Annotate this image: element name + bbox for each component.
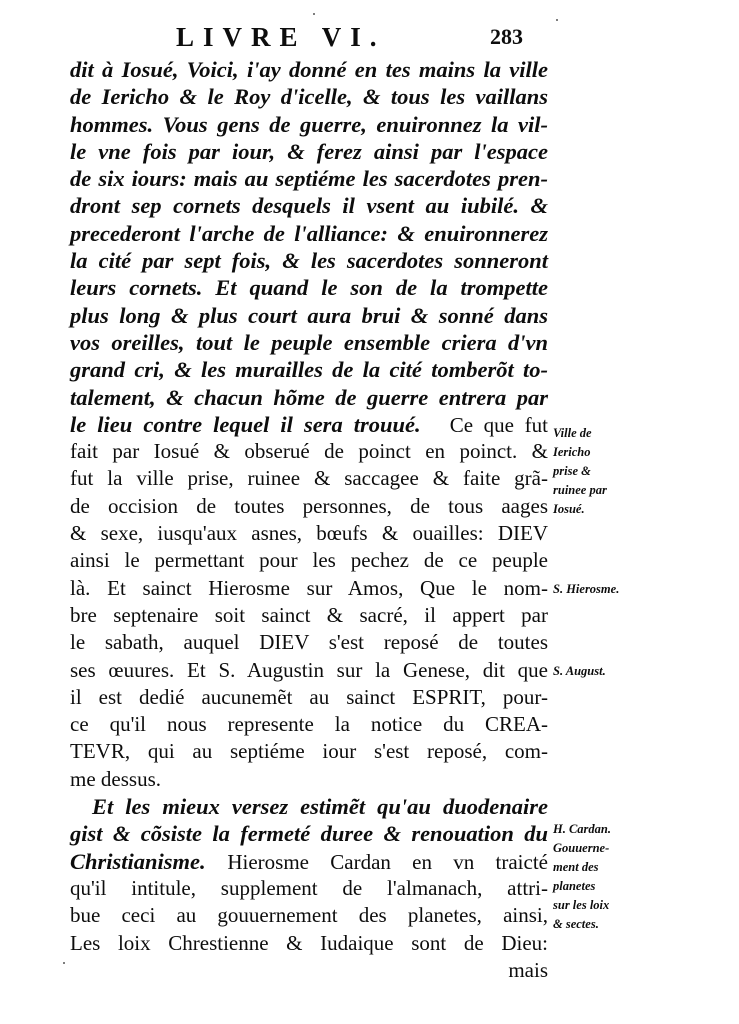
margin-note-line: Iericho: [553, 443, 643, 462]
margin-note-line: ruinee par: [553, 481, 643, 500]
text-line: grand cri, & les murailles de la cité to…: [70, 356, 548, 383]
text-line: me dessus.: [70, 766, 548, 793]
text-line: plus long & plus court aura brui & sonné…: [70, 302, 548, 329]
margin-note-cardan: H. Cardan. Gouuerne- ment des planetes s…: [553, 820, 643, 934]
margin-note-line: sur les loix: [553, 896, 643, 915]
margin-note-line: H. Cardan.: [553, 820, 643, 839]
margin-note-line: prise &: [553, 462, 643, 481]
paragraph-start-line: Et les mieux versez estimẽt qu'au duoden…: [70, 793, 548, 820]
text-line: fut la ville prise, ruinee & saccagee & …: [70, 465, 548, 492]
text-line: de Iericho & le Roy d'icelle, & tous les…: [70, 83, 548, 110]
running-title: LIVRE VI.: [176, 22, 386, 53]
text-line: leurs cornets. Et quand le son de la tro…: [70, 274, 548, 301]
main-text-block: dit à Iosué, Voici, i'ay donné en tes ma…: [70, 56, 548, 984]
margin-note-hierosme: S. Hierosme.: [553, 580, 643, 599]
text-line-mixed: le lieu contre lequel il sera trouué. Ce…: [70, 411, 548, 438]
roman-segment: Hierosme Cardan en vn traicté: [227, 850, 548, 874]
text-line: precederont l'arche de l'alliance: & enu…: [70, 220, 548, 247]
text-line: vos oreilles, tout le peuple ensemble cr…: [70, 329, 548, 356]
margin-note-line: S. August.: [553, 662, 643, 681]
scan-speck: [556, 19, 558, 21]
text-line: fait par Iosué & obserué de poinct en po…: [70, 438, 548, 465]
text-line: ce qu'il nous represente la notice du CR…: [70, 711, 548, 738]
text-line: dit à Iosué, Voici, i'ay donné en tes ma…: [70, 56, 548, 83]
margin-note-line: S. Hierosme.: [553, 580, 643, 599]
text-line: ses œuures. Et S. Augustin sur la Genese…: [70, 657, 548, 684]
text-line: talement, & chacun hõme de guerre entrer…: [70, 384, 548, 411]
scan-speck: [313, 13, 315, 15]
text-line: là. Et sainct Hierosme sur Amos, Que le …: [70, 575, 548, 602]
margin-note-line: planetes: [553, 877, 643, 896]
roman-segment: Ce que fut: [432, 413, 548, 437]
page-number: 283: [490, 24, 523, 50]
text-line: bue ceci au gouuernement des planetes, a…: [70, 902, 548, 929]
text-line: de occision de toutes personnes, de tous…: [70, 493, 548, 520]
text-line: le vne fois par iour, & ferez ainsi par …: [70, 138, 548, 165]
text-line: gist & cõsiste la fermeté duree & renoua…: [70, 820, 548, 847]
margin-note-augustin: S. August.: [553, 662, 643, 681]
scan-speck: [63, 962, 65, 964]
text-line-mixed: Christianisme. Hierosme Cardan en vn tra…: [70, 848, 548, 875]
text-line: le sabath, auquel DIEV s'est reposé de t…: [70, 629, 548, 656]
text-line: dront sep cornets desquels il vsent au i…: [70, 192, 548, 219]
text-line: & sexe, iusqu'aux asnes, bœufs & ouaille…: [70, 520, 548, 547]
margin-note-line: Ville de: [553, 424, 643, 443]
text-line: de six iours: mais au septiéme les sacer…: [70, 165, 548, 192]
book-page: LIVRE VI. 283 dit à Iosué, Voici, i'ay d…: [0, 0, 739, 1024]
text-line: bre septenaire soit sainct & sacré, il a…: [70, 602, 548, 629]
italic-segment: Christianisme.: [70, 849, 206, 874]
page-header: LIVRE VI. 283: [0, 18, 739, 52]
catchword: mais: [70, 957, 548, 984]
italic-segment: le lieu contre lequel il sera trouué.: [70, 412, 421, 437]
text-line: qu'il intitule, supplement de l'almanach…: [70, 875, 548, 902]
margin-note-line: Iosué.: [553, 500, 643, 519]
text-line: la cité par sept fois, & les sacerdotes …: [70, 247, 548, 274]
margin-note-jericho: Ville de Iericho prise & ruinee par Iosu…: [553, 424, 643, 519]
text-line: Les loix Chrestienne & Iudaique sont de …: [70, 930, 548, 957]
margin-note-line: ment des: [553, 858, 643, 877]
margin-note-line: & sectes.: [553, 915, 643, 934]
text-line: il est dedié aucunemẽt au sainct ESPRIT,…: [70, 684, 548, 711]
text-line: ainsi le permettant pour les pechez de c…: [70, 547, 548, 574]
text-line: TEVR, qui au septiéme iour s'est reposé,…: [70, 738, 548, 765]
text-line: hommes. Vous gens de guerre, enuironnez …: [70, 111, 548, 138]
margin-note-line: Gouuerne-: [553, 839, 643, 858]
